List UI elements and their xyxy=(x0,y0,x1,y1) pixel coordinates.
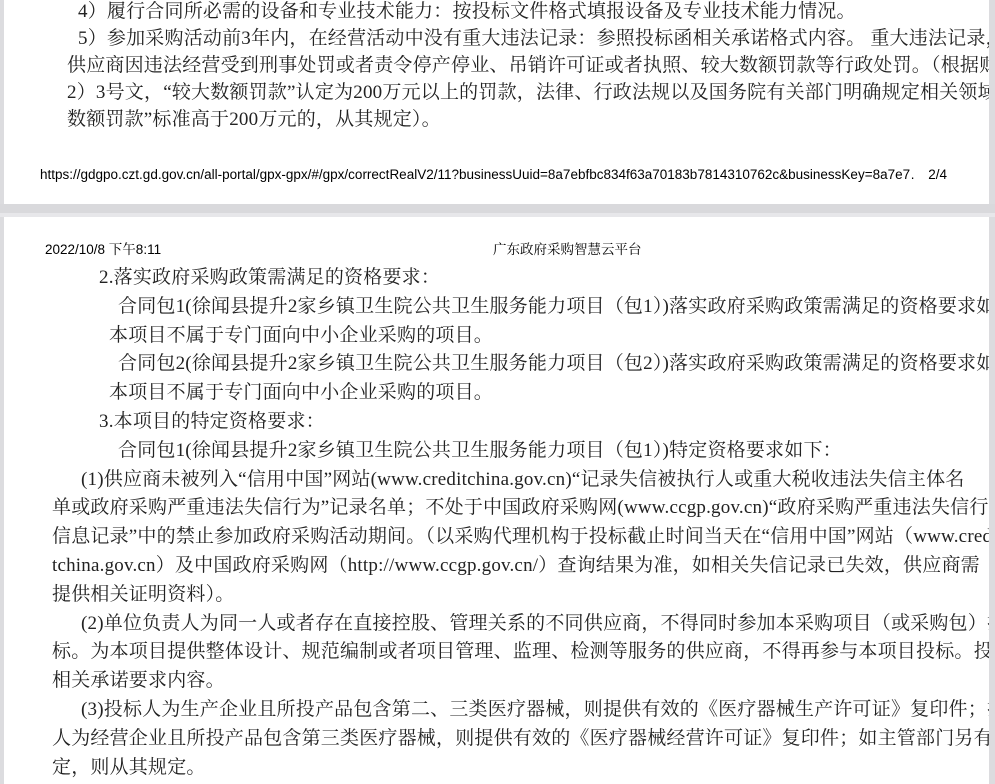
print-header-title: 广东政府采购智慧云平台 xyxy=(493,241,642,258)
doc-text-line: 合同包1(徐闻县提升2家乡镇卫生院公共卫生服务能力项目（包1）)落实政府采购政策… xyxy=(52,293,939,322)
pdf-page-2: 2022/10/8 下午8:11 广东政府采购智慧云平台 2.落实政府采购政策需… xyxy=(4,217,989,784)
print-footer-page-number: 2/4 xyxy=(914,166,947,184)
doc-text-line: 数额罚款”标准高于200万元的，从其规定）。 xyxy=(67,106,939,133)
pdf-viewer-canvas: 4）履行合同所必需的设备和专业技术能力：按投标文件格式填报设备及专业技术能力情况… xyxy=(0,0,995,784)
doc-text-line: (2)单位负责人为同一人或者存在直接控股、管理关系的不同供应商，不得同时参加本采… xyxy=(52,610,939,639)
doc-text-line: 信息记录”中的禁止参加政府采购活动期间。（以采购代理机构于投标截止时间当天在“信… xyxy=(52,523,939,552)
doc-text-line: 标。为本项目提供整体设计、规范编制或者项目管理、监理、检测等服务的供应商，不得再… xyxy=(52,638,939,667)
doc-text-line: 3.本项目的特定资格要求： xyxy=(52,408,939,437)
doc-text-line: 提供相关证明资料）。 xyxy=(52,581,939,610)
doc-text-line: 供应商因违法经营受到刑事处罚或者责令停产停业、吊销许可证或者执照、较大数额罚款等… xyxy=(67,52,939,79)
doc-text-line: tchina.gov.cn）及中国政府采购网（http://www.ccgp.g… xyxy=(52,552,939,581)
doc-text-line: 合同包2(徐闻县提升2家乡镇卫生院公共卫生服务能力项目（包2）)落实政府采购政策… xyxy=(52,350,939,379)
doc-text-line: 2.落实政府采购政策需满足的资格要求： xyxy=(52,264,939,293)
page-gap xyxy=(0,204,995,217)
doc-text-line: 5）参加采购活动前3年内，在经营活动中没有重大违法记录：参照投标函相关承诺格式内… xyxy=(67,25,939,52)
doc-text-line: 定，则从其规定。 xyxy=(52,754,939,783)
doc-text-line: 2）3号文，“较大数额罚款”认定为200万元以上的罚款，法律、行政法规以及国务院… xyxy=(67,79,939,106)
doc-text-line: 人为经营企业且所投产品包含第三类医疗器械，则提供有效的《医疗器械经营许可证》复印… xyxy=(52,725,939,754)
doc-text-line: 4）履行合同所必需的设备和专业技术能力：按投标文件格式填报设备及专业技术能力情况… xyxy=(67,0,939,25)
print-header-datetime: 2022/10/8 下午8:11 xyxy=(45,241,161,258)
doc-text-line: 本项目不属于专门面向中小企业采购的项目。 xyxy=(52,322,939,351)
pdf-page-1: 4）履行合同所必需的设备和专业技术能力：按投标文件格式填报设备及专业技术能力情况… xyxy=(4,0,989,204)
doc-text-line: (3)投标人为生产企业且所投产品包含第二、三类医疗器械，则提供有效的《医疗器械生… xyxy=(52,696,939,725)
doc-text-line: 相关承诺要求内容。 xyxy=(52,667,939,696)
page1-body: 4）履行合同所必需的设备和专业技术能力：按投标文件格式填报设备及专业技术能力情况… xyxy=(67,0,939,133)
print-footer: https://gdgpo.czt.gd.gov.cn/all-portal/g… xyxy=(4,166,989,186)
doc-text-line: 合同包1(徐闻县提升2家乡镇卫生院公共卫生服务能力项目（包1）)特定资格要求如下… xyxy=(52,437,939,466)
page2-body: 2.落实政府采购政策需满足的资格要求： 合同包1(徐闻县提升2家乡镇卫生院公共卫… xyxy=(52,264,939,782)
print-footer-url: https://gdgpo.czt.gd.gov.cn/all-portal/g… xyxy=(40,166,914,184)
doc-text-line: 本项目不属于专门面向中小企业采购的项目。 xyxy=(52,379,939,408)
print-header: 2022/10/8 下午8:11 广东政府采购智慧云平台 xyxy=(4,241,989,259)
doc-text-line: 单或政府采购严重违法失信行为”记录名单；不处于中国政府采购网(www.ccgp.… xyxy=(52,494,939,523)
doc-text-line: (1)供应商未被列入“信用中国”网站(www.creditchina.gov.c… xyxy=(52,466,939,495)
